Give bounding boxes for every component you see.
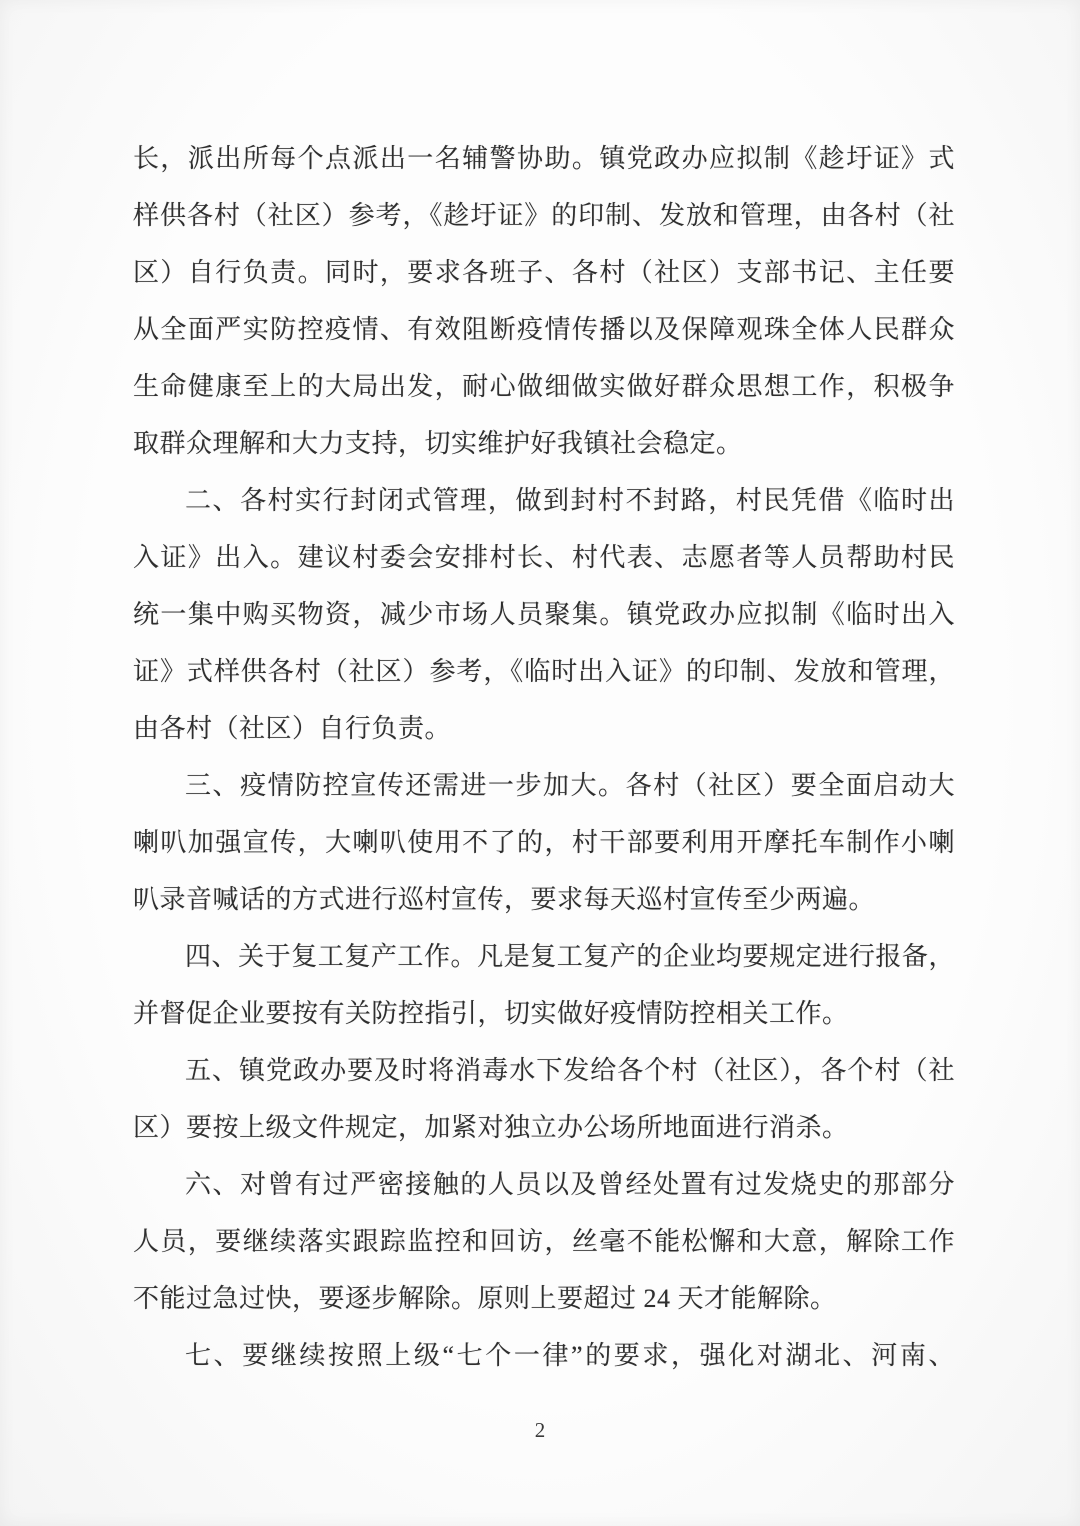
text-line: 由各村（社区）自行负责。 xyxy=(133,700,955,757)
text-line: 二、各村实行封闭式管理，做到封村不封路，村民凭借《临时出 xyxy=(133,472,955,529)
document-body: 长，派出所每个点派出一名辅警协助。镇党政办应拟制《趁圩证》式 样供各村（社区）参… xyxy=(133,130,955,1384)
text-line: 样供各村（社区）参考，《趁圩证》的印制、发放和管理，由各村（社 xyxy=(133,187,955,244)
text-line: 不能过急过快，要逐步解除。原则上要超过 24 天才能解除。 xyxy=(133,1270,955,1327)
text-line: 三、疫情防控宣传还需进一步加大。各村（社区）要全面启动大 xyxy=(133,757,955,814)
text-line: 区）要按上级文件规定，加紧对独立办公场所地面进行消杀。 xyxy=(133,1099,955,1156)
page-number: 2 xyxy=(0,1418,1080,1443)
text-line: 证》式样供各村（社区）参考，《临时出入证》的印制、发放和管理， xyxy=(133,643,955,700)
text-line: 入证》出入。建议村委会安排村长、村代表、志愿者等人员帮助村民 xyxy=(133,529,955,586)
text-line: 六、对曾有过严密接触的人员以及曾经处置有过发烧史的那部分 xyxy=(133,1156,955,1213)
text-line: 喇叭加强宣传，大喇叭使用不了的，村干部要利用开摩托车制作小喇 xyxy=(133,814,955,871)
text-line: 生命健康至上的大局出发，耐心做细做实做好群众思想工作，积极争 xyxy=(133,358,955,415)
text-line: 从全面严实防控疫情、有效阻断疫情传播以及保障观珠全体人民群众 xyxy=(133,301,955,358)
text-line: 四、关于复工复产工作。凡是复工复产的企业均要规定进行报备， xyxy=(133,928,955,985)
text-line: 叭录音喊话的方式进行巡村宣传，要求每天巡村宣传至少两遍。 xyxy=(133,871,955,928)
text-line: 五、镇党政办要及时将消毒水下发给各个村（社区），各个村（社 xyxy=(133,1042,955,1099)
text-line: 并督促企业要按有关防控指引，切实做好疫情防控相关工作。 xyxy=(133,985,955,1042)
text-line: 取群众理解和大力支持，切实维护好我镇社会稳定。 xyxy=(133,415,955,472)
document-page: 长，派出所每个点派出一名辅警协助。镇党政办应拟制《趁圩证》式 样供各村（社区）参… xyxy=(0,0,1080,1526)
text-line: 区）自行负责。同时，要求各班子、各村（社区）支部书记、主任要 xyxy=(133,244,955,301)
text-line: 七、要继续按照上级“七个一律”的要求，强化对湖北、河南、 xyxy=(133,1327,955,1384)
text-line: 统一集中购买物资，减少市场人员聚集。镇党政办应拟制《临时出入 xyxy=(133,586,955,643)
text-line: 人员，要继续落实跟踪监控和回访，丝毫不能松懈和大意，解除工作 xyxy=(133,1213,955,1270)
text-line: 长，派出所每个点派出一名辅警协助。镇党政办应拟制《趁圩证》式 xyxy=(133,130,955,187)
